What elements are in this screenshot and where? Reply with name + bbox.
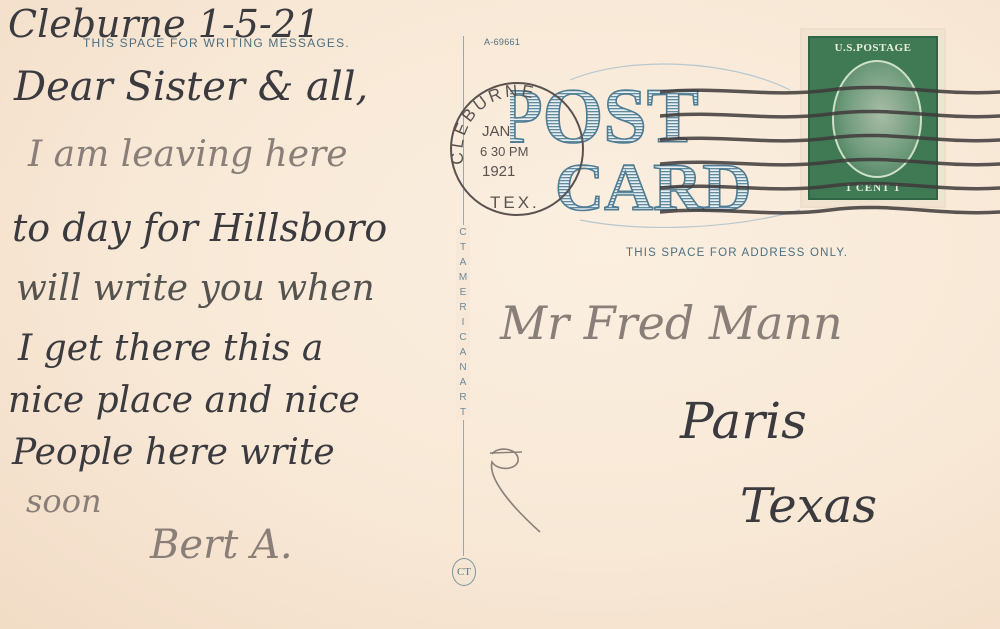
publisher-vertical-text: CTAMERICANART [456, 225, 470, 420]
address-state: Texas [740, 478, 877, 534]
message-signature: Bert A. [150, 522, 293, 568]
postmark-circle: CLEBURNE JAN 6 30 PM 1921 TEX. [442, 74, 592, 224]
cancellation-lines [660, 70, 1000, 220]
message-line: to day for Hillsboro [12, 206, 387, 250]
svg-text:JAN: JAN [482, 123, 510, 140]
serial-number: A-69661 [484, 37, 520, 47]
address-space-label: THIS SPACE FOR ADDRESS ONLY. [626, 247, 848, 259]
message-salutation: Dear Sister & all, [14, 64, 368, 110]
message-line: nice place and nice [8, 380, 360, 421]
message-line: People here write [12, 432, 335, 473]
svg-text:6 30 PM: 6 30 PM [480, 144, 528, 159]
message-line: I get there this a [18, 328, 323, 369]
postcard-back: THIS SPACE FOR WRITING MESSAGES. A-69661… [0, 0, 1000, 629]
svg-text:TEX.: TEX. [490, 193, 540, 212]
publisher-logo-icon: CT [452, 558, 476, 586]
address-name: Mr Fred Mann [500, 296, 843, 350]
message-line: I am leaving here [28, 134, 348, 175]
message-date-line: Cleburne 1-5-21 [8, 2, 320, 46]
address-city: Paris [680, 392, 807, 450]
stamp-top-text: U.S.POSTAGE [810, 42, 936, 54]
message-line: soon [26, 482, 102, 520]
svg-text:1921: 1921 [482, 163, 515, 180]
message-line: will write you when [16, 268, 375, 309]
